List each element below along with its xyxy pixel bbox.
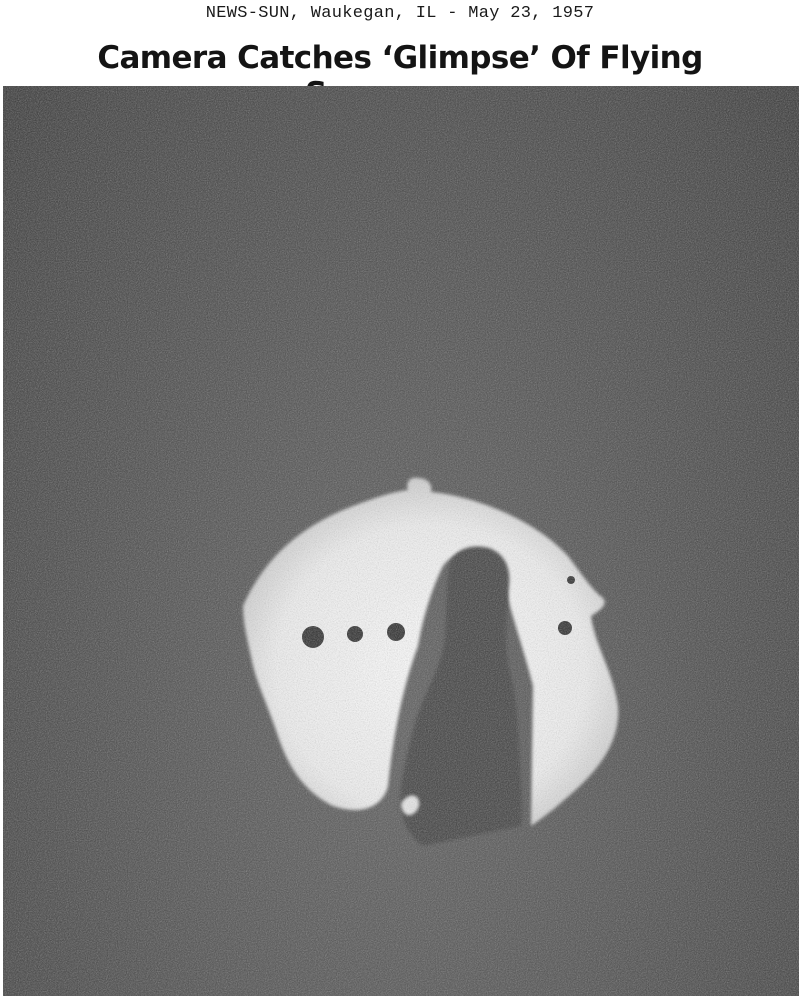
newspaper-photo	[3, 86, 799, 996]
dateline: NEWS-SUN, Waukegan, IL - May 23, 1957	[0, 4, 800, 23]
saucer-illustration	[3, 86, 799, 996]
